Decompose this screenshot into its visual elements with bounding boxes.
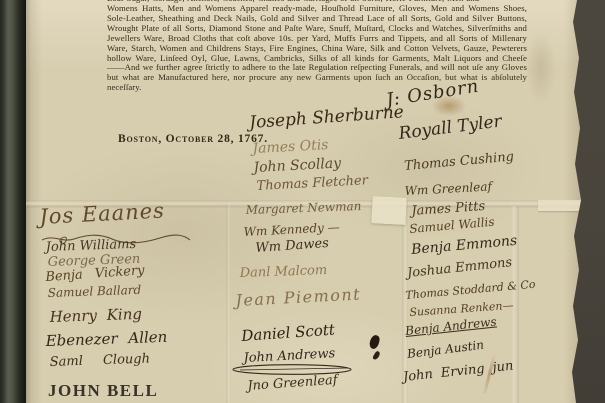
signature-ebenezer-allen: Ebenezer Allen (45, 328, 167, 350)
signature-john-erving: John Erving jun (402, 359, 514, 385)
signature-thomas-cushing: Thomas Cushing (404, 149, 515, 174)
tape-remnant-right-edge (538, 200, 584, 211)
photo-of-document: Loaf Sugar, Cordage, Anchors, Coaches, C… (0, 0, 605, 403)
signature-jean-piemont: Jean Piemont (235, 284, 362, 310)
vertical-fold-crease-left (226, 204, 231, 403)
signature-margaret-newman: Margaret Newman (246, 199, 362, 217)
signature-john-bell: JOHN BELL (48, 381, 158, 401)
margin-smudge (526, 28, 556, 106)
signature-thomas-fletcher: Thomas Fletcher (256, 173, 368, 194)
signature-benja-emmons: Benja Emmons (411, 233, 518, 258)
signature-wm-dawes: Wm Dawes (255, 236, 329, 256)
tape-remnant-center (371, 196, 406, 225)
book-binding-edge (0, 0, 26, 403)
signature-benja-austin: Benja Austin (406, 338, 484, 361)
signature-jos-eaanes: Jos Eaanes (39, 198, 166, 229)
signature-james-otis: James Otis (252, 137, 329, 157)
signature-thomas-stoddard: Thomas Stoddard & Co (405, 278, 536, 302)
signature-jno-greenleaf: Jno Greenleaf (247, 373, 338, 394)
signature-john-scollay: John Scollay (253, 155, 341, 176)
signature-royall-tyler: Royall Tyler (398, 112, 503, 144)
signature-danl-malcom: Danl Malcom (239, 263, 327, 281)
signature-joshua-emmons: Joshua Emmons (406, 255, 512, 281)
signature-samuel-ballard: Samuel Ballard (48, 283, 142, 300)
signature-john-andrews: John Andrews (243, 346, 335, 366)
signature-joseph-sherburne: Joseph Sherburne (249, 102, 405, 133)
printed-dateline: Boston, October 28, 1767. (118, 133, 268, 145)
signature-henry-king: Henry King (49, 305, 142, 326)
ink-mark (372, 350, 381, 360)
signature-daniel-scott: Daniel Scott (241, 321, 336, 345)
signature-saml-clough: Saml Clough (49, 352, 150, 370)
document-page: Loaf Sugar, Cordage, Anchors, Coaches, C… (26, 0, 582, 403)
signature-wm-greenleaf: Wm Greenleaf (404, 179, 492, 198)
signature-susanna-renken: Susanna Renken— (409, 299, 514, 319)
ink-blot (368, 334, 381, 350)
